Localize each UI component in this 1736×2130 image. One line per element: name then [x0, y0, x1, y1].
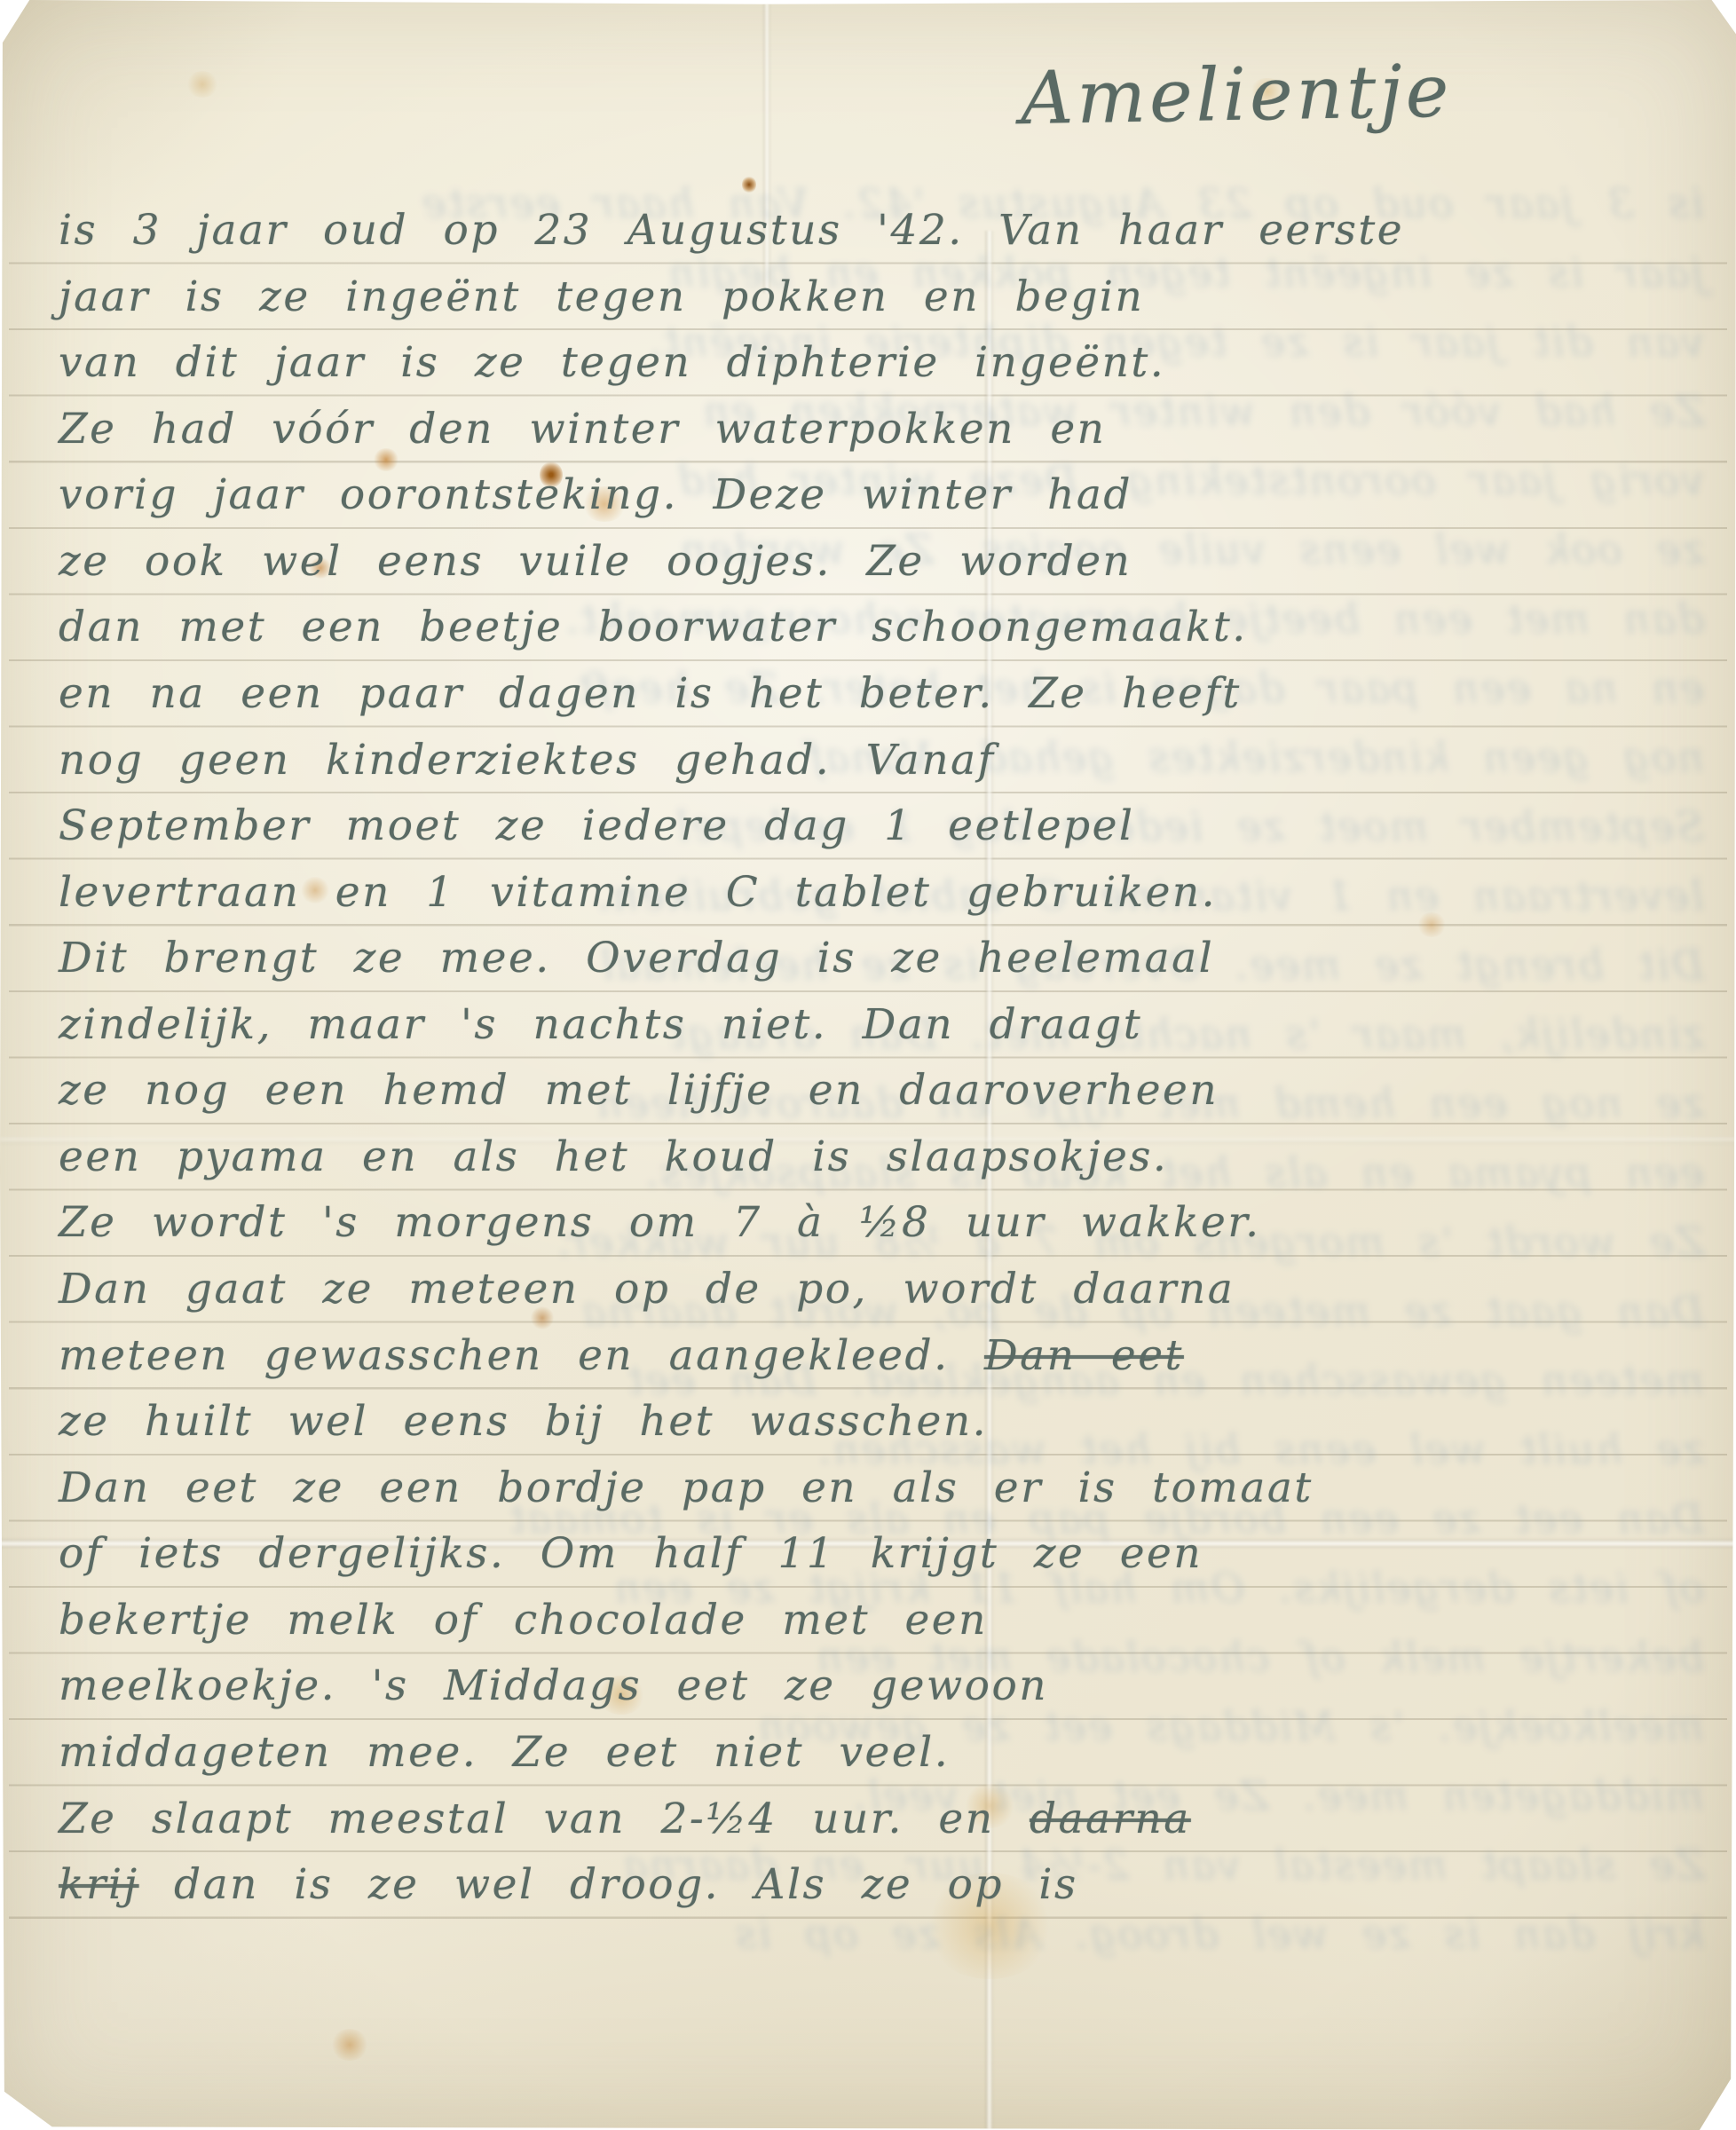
letter-title: Amelientje: [1020, 46, 1643, 141]
handwritten-line: zindelijk, maar 's nachts niet. Dan draa…: [59, 992, 1709, 1059]
handwritten-line: middageten mee. Ze eet niet veel.: [59, 1720, 1709, 1787]
handwritten-line: ze ook wel eens vuile oogjes. Ze worden: [59, 529, 1709, 596]
handwritten-line: Dit brengt ze mee. Overdag is ze heelema…: [59, 926, 1709, 992]
handwriting-segment: ze nog een hemd met lijfje en daaroverhe…: [59, 1066, 1219, 1115]
handwriting-segment: Dan gaat ze meteen op de po, wordt daarn…: [59, 1265, 1235, 1313]
handwritten-line: of iets dergelijks. Om half 11 krijgt ze…: [59, 1521, 1709, 1588]
paper-stain: [742, 176, 756, 193]
handwriting-segment: Dan eet ze een bordje pap en als er is t…: [59, 1463, 1314, 1512]
handwriting-segment: of iets dergelijks. Om half 11 krijgt ze…: [59, 1529, 1203, 1578]
handwritten-line: meelkoekje. 's Middags eet ze gewoon: [59, 1653, 1709, 1720]
handwriting-segment: ze huilt wel eens bij het wasschen.: [59, 1397, 988, 1446]
handwriting-segment: dan met een beetje boorwater schoongemaa…: [59, 603, 1248, 651]
struck-word: daarna: [1030, 1795, 1191, 1843]
handwritten-line: een pyama en als het koud is slaapsokjes…: [59, 1124, 1709, 1191]
handwritten-line: Ze had vóór den winter waterpokken en: [59, 397, 1709, 463]
handwriting-segment: dan is ze wel droog. Als ze op is: [139, 1860, 1078, 1909]
handwriting-segment: Dit brengt ze mee. Overdag is ze heelema…: [59, 934, 1214, 982]
handwritten-line: meteen gewasschen en aangekleed. Dan eet: [59, 1323, 1709, 1390]
paper-stain: [330, 2029, 369, 2061]
handwritten-line: Ze wordt 's morgens om 7 à ½8 uur wakker…: [59, 1190, 1709, 1257]
handwriting-segment: meteen gewasschen en aangekleed.: [59, 1331, 984, 1380]
struck-word: Dan eet: [984, 1331, 1184, 1380]
handwriting-segment: vorig jaar oorontsteking. Deze winter ha…: [59, 470, 1132, 519]
handwriting-segment: ze ook wel eens vuile oogjes. Ze worden: [59, 537, 1132, 586]
handwritten-line: ze huilt wel eens bij het wasschen.: [59, 1389, 1709, 1455]
handwriting-segment: meelkoekje. 's Middags eet ze gewoon: [59, 1661, 1048, 1710]
handwriting-segment: een pyama en als het koud is slaapsokjes…: [59, 1132, 1168, 1181]
handwritten-line: nog geen kinderziektes gehad. Vanaf: [59, 728, 1709, 794]
paper-stain: [186, 71, 218, 98]
handwriting-segment: September moet ze iedere dag 1 eetlepel: [59, 801, 1134, 850]
handwriting-segment: bekertje melk of chocolade met een: [59, 1596, 988, 1645]
handwriting-segment: Ze wordt 's morgens om 7 à ½8 uur wakker…: [59, 1198, 1261, 1247]
handwriting-segment: Ze had vóór den winter waterpokken en: [59, 405, 1106, 454]
handwriting-segment: levertraan en 1 vitamine C tablet gebrui…: [59, 868, 1217, 917]
handwritten-line: Ze slaapt meestal van 2-½4 uur. en daarn…: [59, 1787, 1709, 1853]
handwriting-segment: is 3 jaar oud op 23 Augustus '42. Van ha…: [59, 206, 1404, 255]
handwritten-line: dan met een beetje boorwater schoongemaa…: [59, 595, 1709, 661]
handwriting-segment: van dit jaar is ze tegen diphterie ingeë…: [59, 338, 1165, 387]
handwritten-line: Dan gaat ze meteen op de po, wordt daarn…: [59, 1257, 1709, 1323]
handwritten-text-body: is 3 jaar oud op 23 Augustus '42. Van ha…: [59, 198, 1709, 1923]
handwritten-line: en na een paar dagen is het beter. Ze he…: [59, 661, 1709, 728]
handwritten-line: levertraan en 1 vitamine C tablet gebrui…: [59, 860, 1709, 927]
letter-paper: is 3 jaar oud op 23 Augustus '42. Van ha…: [0, 0, 1736, 2130]
handwritten-line: krij dan is ze wel droog. Als ze op is: [59, 1852, 1709, 1919]
handwritten-line: Dan eet ze een bordje pap en als er is t…: [59, 1455, 1709, 1522]
handwritten-line: is 3 jaar oud op 23 Augustus '42. Van ha…: [59, 198, 1709, 264]
struck-word: krij: [59, 1860, 139, 1909]
handwriting-segment: zindelijk, maar 's nachts niet. Dan draa…: [59, 1000, 1142, 1049]
handwritten-line: bekertje melk of chocolade met een: [59, 1588, 1709, 1654]
handwriting-segment: en na een paar dagen is het beter. Ze he…: [59, 669, 1242, 718]
handwritten-line: jaar is ze ingeënt tegen pokken en begin: [59, 264, 1709, 331]
scanned-letter-page: { "letter": { "title": "Amelientje", "li…: [0, 0, 1736, 2130]
handwriting-segment: jaar is ze ingeënt tegen pokken en begin: [59, 272, 1144, 321]
handwritten-line: September moet ze iedere dag 1 eetlepel: [59, 793, 1709, 860]
handwriting-segment: middageten mee. Ze eet niet veel.: [59, 1728, 950, 1777]
handwriting-segment: nog geen kinderziektes gehad. Vanaf: [59, 736, 996, 785]
handwritten-line: van dit jaar is ze tegen diphterie ingeë…: [59, 330, 1709, 397]
handwritten-line: vorig jaar oorontsteking. Deze winter ha…: [59, 462, 1709, 529]
handwritten-line: ze nog een hemd met lijfje en daaroverhe…: [59, 1058, 1709, 1124]
handwriting-segment: Ze slaapt meestal van 2-½4 uur. en: [59, 1795, 1030, 1843]
